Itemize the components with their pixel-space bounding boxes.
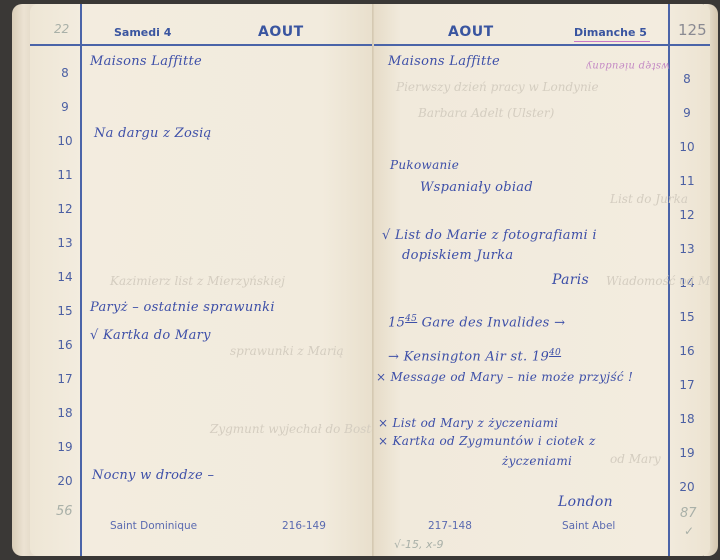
entry-text: → Kensington Air st. 19	[388, 349, 549, 364]
handwritten-entry: Maisons Laffitte	[90, 54, 202, 69]
hour-label: 13	[50, 236, 80, 250]
handwritten-entry: √ Kartka do Mary	[90, 328, 211, 343]
pencil-tally-note: √-15, x-9	[394, 538, 443, 551]
hour-label: 17	[672, 378, 702, 392]
pink-inverted-note: wstęp nieudany	[586, 60, 670, 71]
hour-label: 10	[50, 134, 80, 148]
hour-label: 20	[672, 480, 702, 494]
right-month-label: AOUT	[448, 24, 494, 40]
bleed-through-text: Kazimierz list z Mierzyńskiej	[110, 274, 285, 288]
time-hour: 15	[388, 315, 405, 330]
hour-label: 15	[50, 304, 80, 318]
handwritten-entry: Nocny w drodze –	[92, 468, 214, 483]
right-page-number: 125	[678, 21, 707, 39]
hour-label: 18	[672, 412, 702, 426]
left-bottom-pencil-number: 56	[56, 504, 73, 519]
pink-underline	[574, 41, 650, 42]
handwritten-entry: → Kensington Air st. 1940	[388, 348, 561, 364]
handwritten-entry: Paris	[552, 272, 589, 288]
handwritten-entry: Na dargu z Zosią	[94, 126, 212, 141]
handwritten-entry: × List od Mary z życzeniami	[378, 416, 558, 430]
left-margin-rule	[80, 4, 82, 556]
hour-label: 20	[50, 474, 80, 488]
right-day-label: Dimanche 5	[574, 26, 647, 39]
left-saint-name: Saint Dominique	[110, 520, 197, 532]
right-header-rule	[374, 44, 710, 46]
handwritten-entry: √ List do Marie z fotografiami i	[382, 228, 597, 243]
time-minutes: 40	[549, 348, 561, 358]
hour-label: 9	[672, 106, 702, 120]
handwritten-entry: × Kartka od Zygmuntów i ciotek z	[378, 434, 596, 448]
handwritten-entry: 1545 Gare des Invalides →	[388, 314, 565, 330]
left-day-count: 216-149	[282, 520, 326, 532]
bleed-through-text: sprawunki z Marią	[230, 344, 344, 358]
bleed-through-text: Wiadomość od Marii	[606, 274, 710, 288]
hour-label: 14	[50, 270, 80, 284]
time-minutes: 45	[405, 314, 417, 324]
hour-label: 10	[672, 140, 702, 154]
hour-label: 17	[50, 372, 80, 386]
hour-label: 8	[672, 72, 702, 86]
right-saint-name: Saint Abel	[562, 520, 615, 532]
hour-label: 16	[672, 344, 702, 358]
handwritten-entry: życzeniami	[502, 454, 572, 468]
handwritten-entry: Pukowanie	[390, 158, 459, 172]
bleed-through-text: List do Jurka	[610, 192, 688, 206]
handwritten-entry: Paryż – ostatnie sprawunki	[90, 300, 275, 315]
hour-label: 16	[50, 338, 80, 352]
hour-label: 15	[672, 310, 702, 324]
hour-label: 18	[50, 406, 80, 420]
handwritten-entry: dopiskiem Jurka	[402, 248, 513, 263]
hour-label: 19	[50, 440, 80, 454]
left-month-label: AOUT	[258, 24, 304, 40]
hour-label: 11	[672, 174, 702, 188]
bleed-through-text: Pierwszy dzień pracy w Londynie	[396, 80, 599, 94]
check-mark: ✓	[684, 524, 694, 538]
diary-spread: 22 Samedi 4 AOUT 8 9 10 11 12 13 14 15 1…	[0, 0, 720, 560]
hour-label: 8	[50, 66, 80, 80]
bleed-through-text: od Mary	[610, 452, 661, 466]
bleed-through-text: Barbara Adelt (Ulster)	[418, 106, 554, 120]
left-pencil-page-number: 22	[54, 22, 69, 36]
hour-label: 9	[50, 100, 80, 114]
hour-label: 11	[50, 168, 80, 182]
bleed-through-text: Zygmunt wyjechał do Boston	[210, 422, 374, 436]
handwritten-entry: × Message od Mary – nie może przyjść !	[376, 370, 633, 384]
handwritten-entry: Wspaniały obiad	[420, 180, 533, 195]
hour-label: 12	[672, 208, 702, 222]
entry-text: Gare des Invalides →	[422, 315, 566, 330]
right-bottom-pencil-number: 87	[680, 506, 697, 521]
right-page: AOUT Dimanche 5 125 8 9 10 11 12 13 14 1…	[374, 4, 710, 556]
hour-label: 12	[50, 202, 80, 216]
handwritten-entry: Maisons Laffitte	[388, 54, 500, 69]
left-page: 22 Samedi 4 AOUT 8 9 10 11 12 13 14 15 1…	[30, 4, 374, 556]
handwritten-entry: London	[558, 494, 613, 510]
hour-label: 19	[672, 446, 702, 460]
hour-label: 13	[672, 242, 702, 256]
right-day-count: 217-148	[428, 520, 472, 532]
left-day-label: Samedi 4	[114, 26, 171, 39]
